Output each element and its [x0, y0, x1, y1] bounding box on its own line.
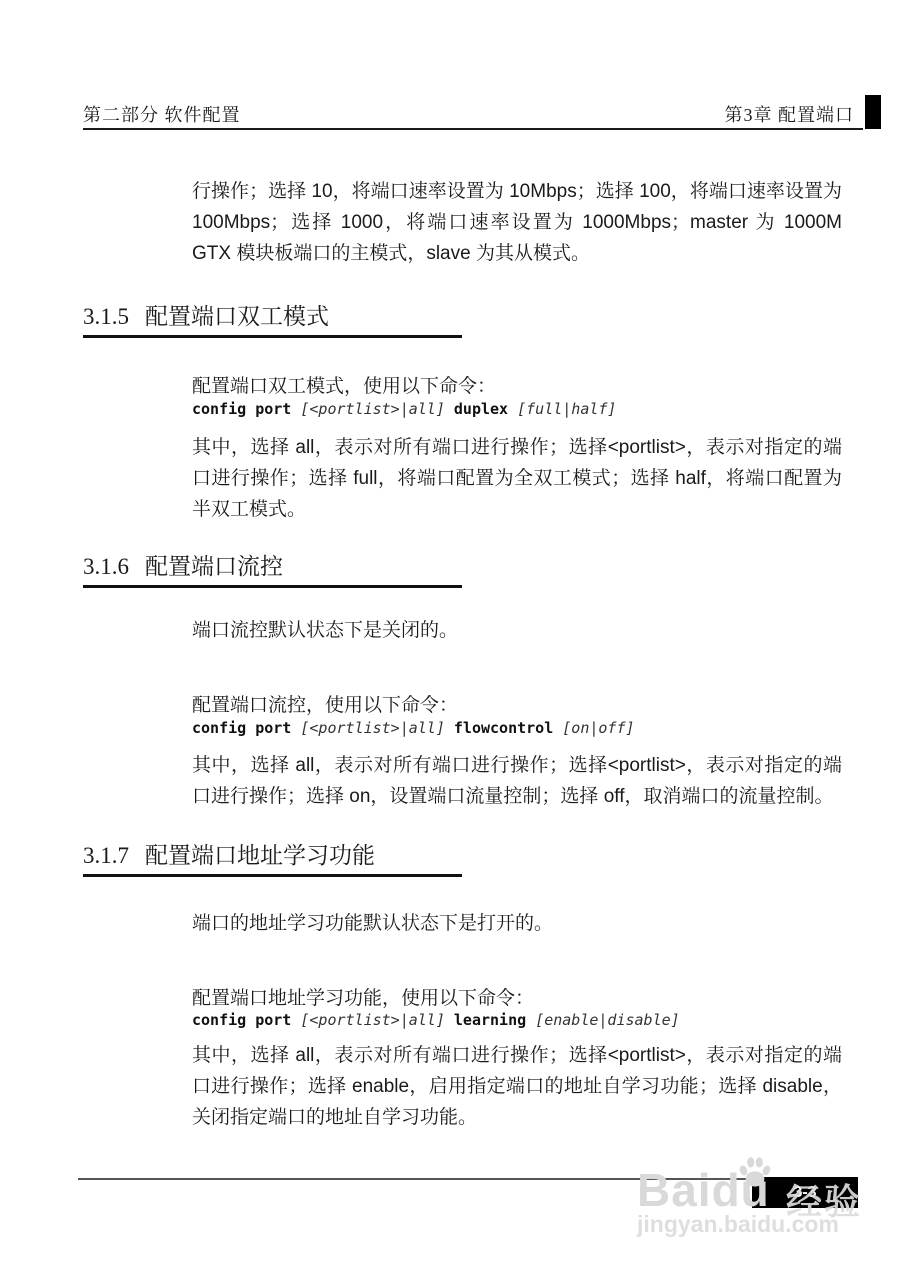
explanation-3-1-7: 其中，选择 all，表示对所有端口进行操作；选择<portlist>，表示对指定… — [192, 1040, 842, 1133]
section-title: 配置端口地址学习功能 — [145, 843, 375, 868]
section-number: 3.1.6 — [83, 553, 129, 580]
command-line-3-1-5: config port [<portlist>|all] duplex [ful… — [192, 400, 616, 418]
command-intro-3-1-7: 配置端口地址学习功能，使用以下命令： — [192, 983, 842, 1014]
command-line-3-1-7: config port [<portlist>|all] learning [e… — [192, 1011, 680, 1029]
section-heading-3-1-7: 3.1.7配置端口地址学习功能 — [83, 842, 462, 877]
default-note-3-1-7: 端口的地址学习功能默认状态下是打开的。 — [192, 908, 842, 939]
intro-paragraph: 行操作；选择 10，将端口速率设置为 10Mbps；选择 100，将端口速率设置… — [192, 176, 842, 269]
header-part-title: 第二部分 软件配置 — [83, 101, 241, 127]
section-heading-3-1-6: 3.1.6配置端口流控 — [83, 553, 462, 588]
header-chapter-title: 第3章 配置端口 — [725, 101, 855, 127]
command-line-3-1-6: config port [<portlist>|all] flowcontrol… — [192, 719, 635, 737]
section-title: 配置端口双工模式 — [145, 304, 329, 329]
command-intro-3-1-6: 配置端口流控，使用以下命令： — [192, 690, 842, 721]
default-note-3-1-6: 端口流控默认状态下是关闭的。 — [192, 615, 842, 646]
watermark-jingyan-badge: 经验 — [786, 1174, 862, 1225]
section-number: 3.1.7 — [83, 842, 129, 869]
section-title: 配置端口流控 — [145, 554, 283, 579]
section-heading-3-1-5: 3.1.5配置端口双工模式 — [83, 303, 462, 338]
header-rule — [83, 128, 863, 130]
section-number: 3.1.5 — [83, 303, 129, 330]
explanation-3-1-6: 其中，选择 all，表示对所有端口进行操作；选择<portlist>，表示对指定… — [192, 750, 842, 812]
paw-icon — [738, 1156, 772, 1190]
chapter-tab-marker — [865, 95, 881, 129]
command-intro-3-1-5: 配置端口双工模式，使用以下命令： — [192, 371, 842, 402]
document-page: 第二部分 软件配置 第3章 配置端口 行操作；选择 10，将端口速率设置为 10… — [0, 0, 906, 1280]
explanation-3-1-5: 其中，选择 all，表示对所有端口进行操作；选择<portlist>，表示对指定… — [192, 432, 842, 525]
